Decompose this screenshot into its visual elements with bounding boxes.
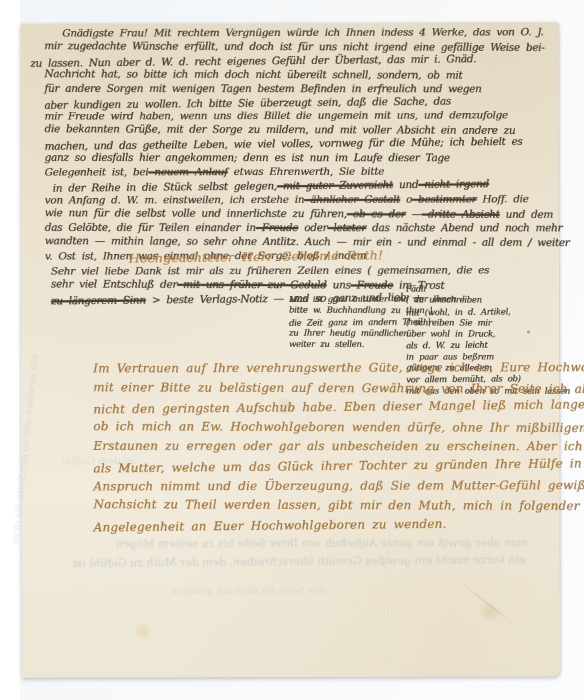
handwriting-line: Anspruch nimmt und die Überzeugung, daß … — [93, 476, 558, 497]
handwriting-line: Fädli — [406, 284, 570, 296]
corner-wrinkle — [455, 578, 559, 659]
scanned-letter-page: man aber gewiß ein ganze Aufschub von Ih… — [0, 0, 584, 700]
handwriting-line: das Gelöbte, die für Teilen einander in … — [45, 221, 557, 235]
foxing-spot — [477, 602, 503, 620]
scanner-background-strip — [0, 0, 20, 700]
handwriting-line: Nachricht hat, so bitte ich mich doch ni… — [44, 68, 556, 84]
handwriting-line: ob ich mich an Ew. Hochwohlgeboren wende… — [93, 417, 558, 438]
handwriting-line: ein kurze macht ein gewißes Gemüth übers… — [74, 551, 527, 573]
draft-top-lines: Gnädigste Frau! Mit rechtem Vergnügen wü… — [44, 26, 557, 264]
foxing-spot — [132, 623, 154, 639]
handwriting-line: ganz so diesfalls hier angekommen; denn … — [44, 152, 556, 166]
show-through-lines: man aber gewiß ein ganze Aufschub von Ih… — [74, 534, 529, 571]
handwriting-line: ( schreiben Sie mir — [406, 318, 570, 330]
show-through-fragment: der Seite bis dem ein gewißes — [170, 583, 325, 601]
handwriting-line: Angelegenheit an Euer Hochwohlgeboren zu… — [93, 513, 558, 537]
body-paragraph-lines: Im Vertrauen auf Ihre verehrungswerthe G… — [93, 358, 558, 536]
handwriting-line: als d. W. zu leicht — [406, 340, 570, 353]
handwriting-line: Sehr viel liebe Dank ist mir als zu früh… — [51, 263, 491, 278]
handwriting-line: wie nun für die selbst volle und innerli… — [45, 207, 557, 223]
paper-sheet: man aber gewiß ein ganze Aufschub von Ih… — [20, 22, 560, 677]
handwriting-line: mit (wohl, in d. Artikel, — [406, 306, 570, 319]
handwriting-line: Gnädigste Frau! Mit rechtem Vergnügen wü… — [62, 26, 556, 41]
handwriting-line: Im Vertrauen auf Ihre verehrungswerthe G… — [93, 358, 558, 379]
handwriting-line: ( zu umschreiben — [406, 295, 570, 307]
handwriting-line: Erstaunen zu erregen oder gar als unbesc… — [93, 437, 558, 457]
